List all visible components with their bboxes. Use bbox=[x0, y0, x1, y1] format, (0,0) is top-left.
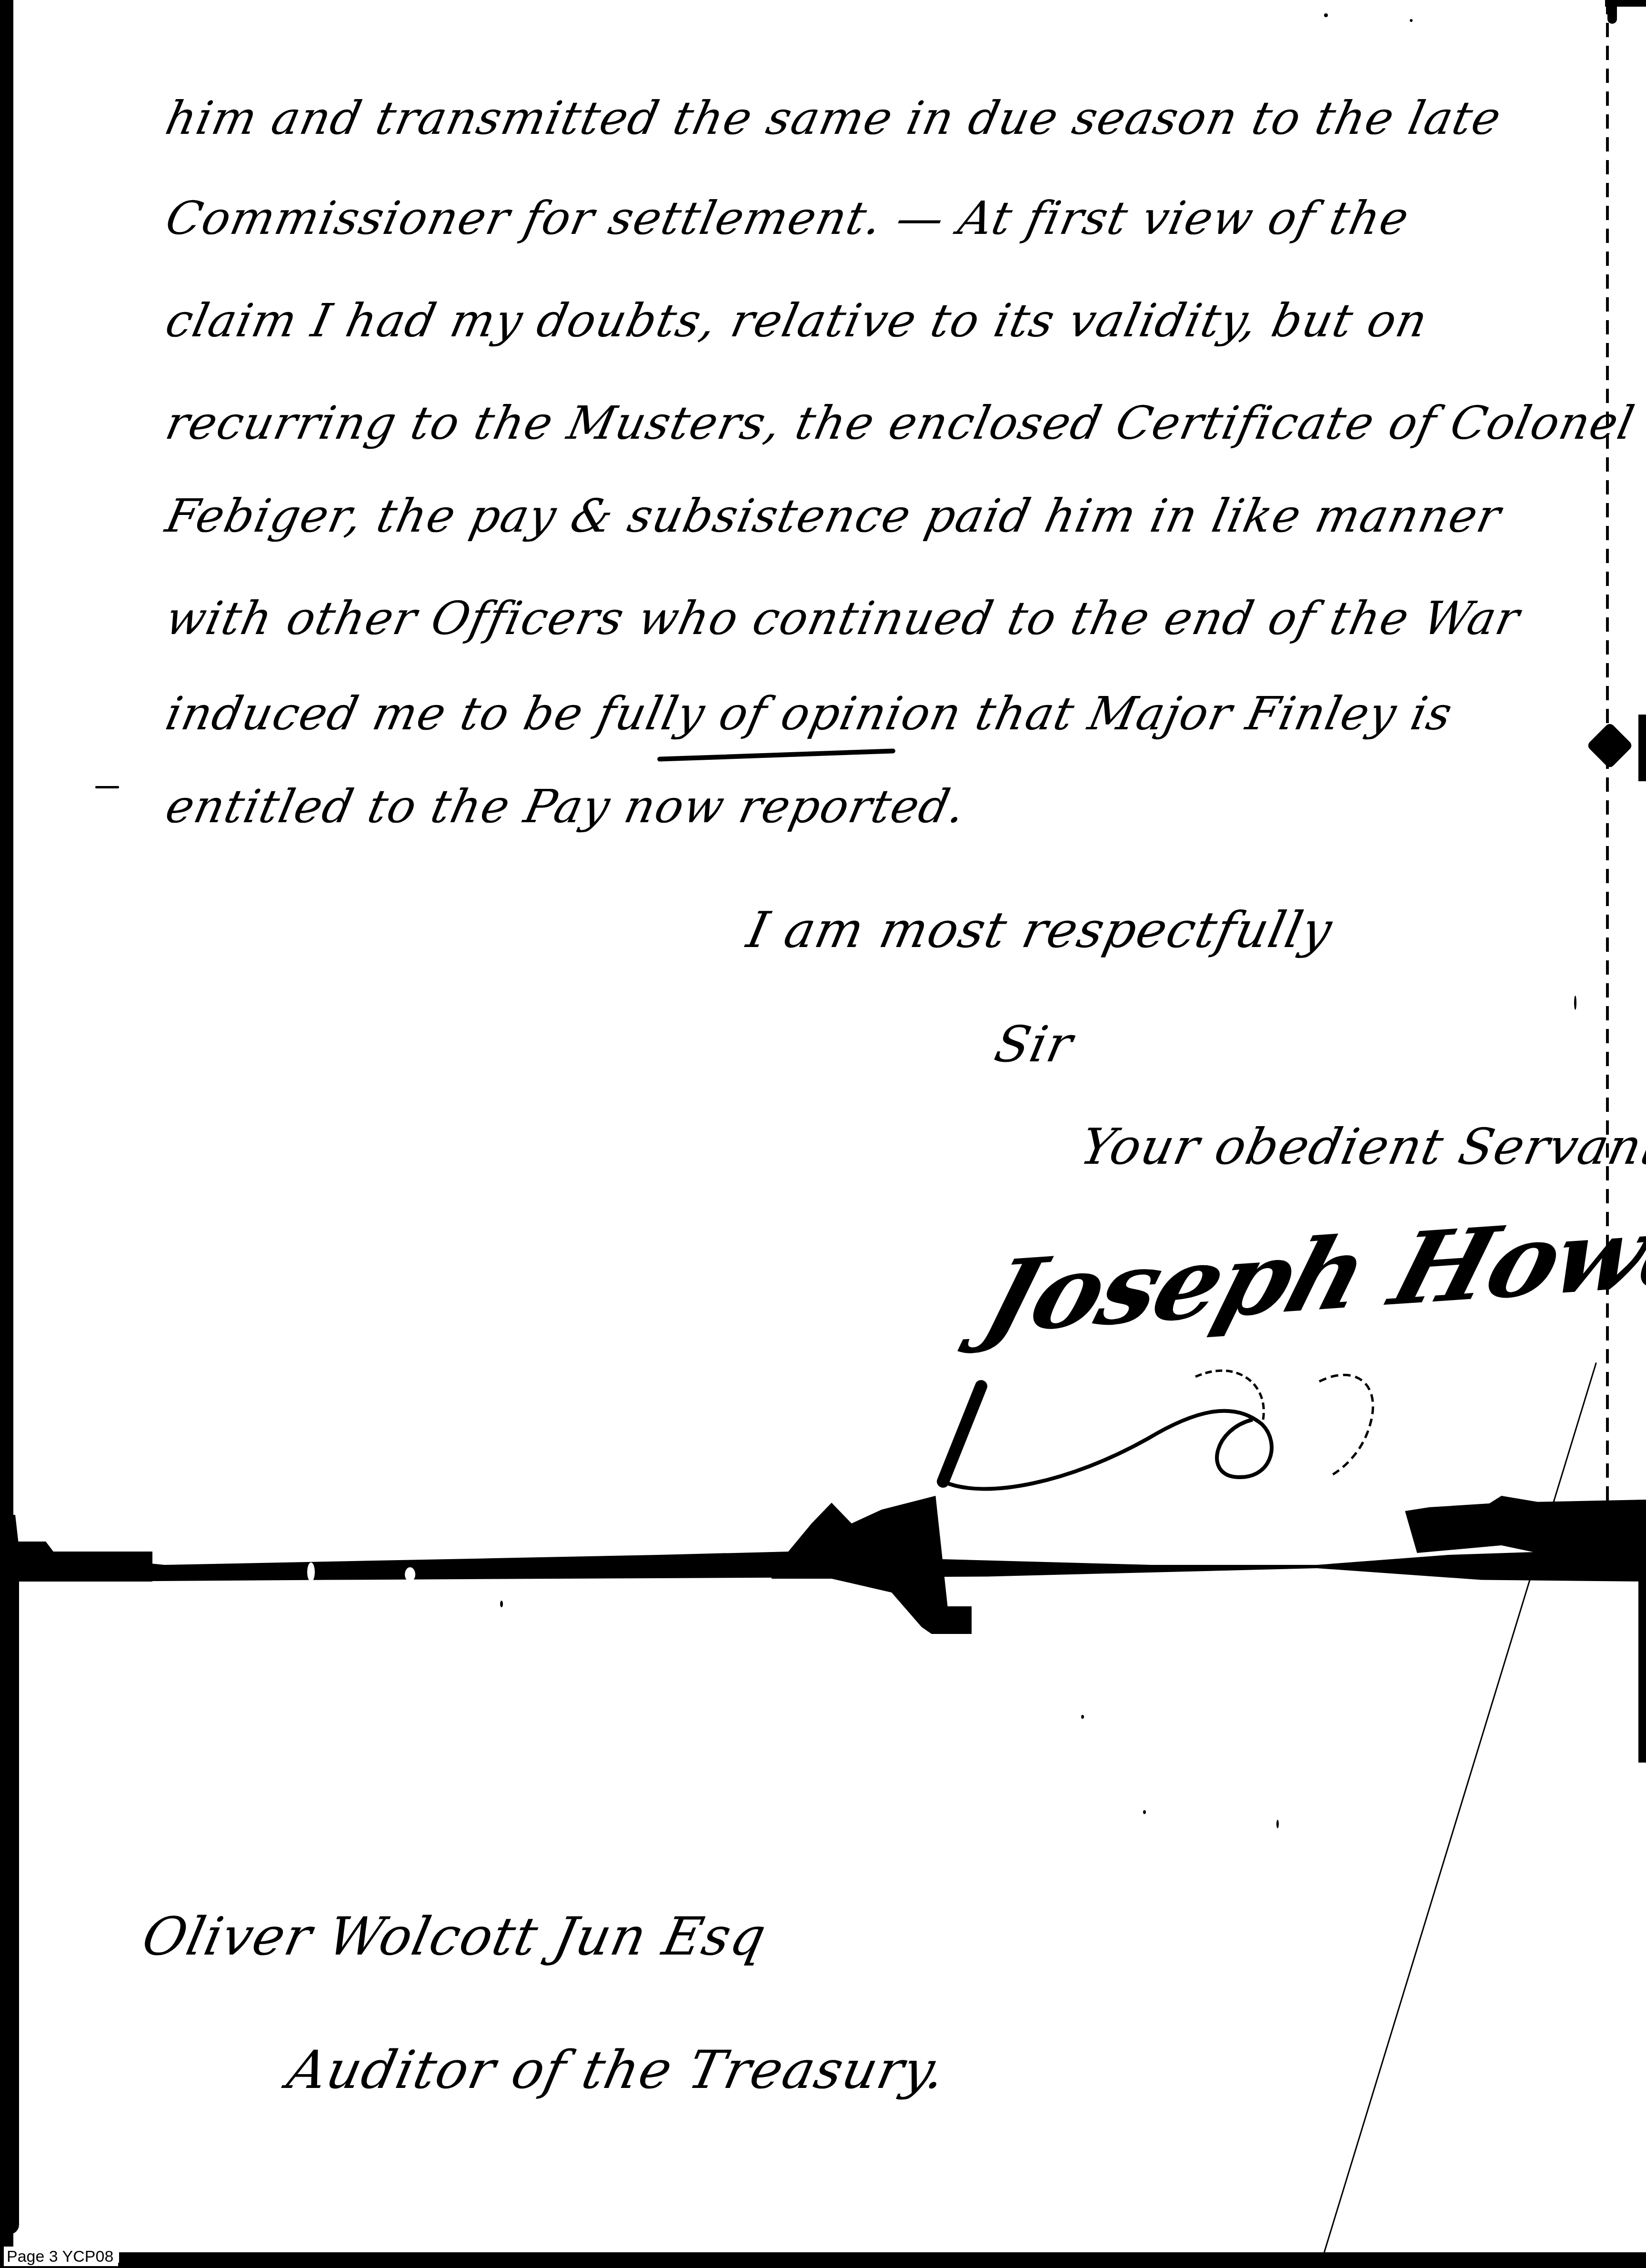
body-line-1: him and transmitted the same in due seas… bbox=[162, 95, 1505, 141]
body-line-7: induced me to be fully of opinion that M… bbox=[162, 691, 1456, 736]
fold-hole bbox=[405, 1567, 415, 1582]
ink-speck bbox=[1410, 19, 1413, 22]
fold-hole bbox=[307, 1562, 315, 1582]
page-label: Page 3 YCP08 bbox=[4, 2247, 118, 2266]
closing-line-2: Sir bbox=[991, 1019, 1077, 1069]
body-line-6: with other Officers who continued to the… bbox=[162, 595, 1524, 641]
right-edge-bar bbox=[1638, 715, 1646, 781]
signature-flourish-icon bbox=[929, 1358, 1500, 1501]
right-fold-edge bbox=[1606, 0, 1609, 1572]
margin-dash bbox=[95, 786, 119, 788]
ink-speck bbox=[1081, 1715, 1084, 1719]
body-line-8: entitled to the Pay now reported. bbox=[162, 784, 970, 829]
body-line-3: claim I had my doubts, relative to its v… bbox=[162, 298, 1432, 343]
bottom-scan-edge bbox=[0, 2263, 1646, 2268]
body-line-2: Commissioner for settlement. — At first … bbox=[162, 195, 1413, 241]
torn-fold-middle bbox=[772, 1496, 972, 1634]
body-line-4: recurring to the Musters, the enclosed C… bbox=[162, 400, 1639, 446]
ink-speck bbox=[1276, 1820, 1279, 1828]
address-line-1: Oliver Wolcott Jun Esq bbox=[138, 1910, 771, 1963]
ink-speck bbox=[1574, 996, 1576, 1010]
underline-of-opinion bbox=[657, 748, 895, 761]
signature: Joseph Howell bbox=[972, 1185, 1646, 1356]
ink-speck bbox=[500, 1601, 503, 1607]
address-line-2: Auditor of the Treasury. bbox=[283, 2044, 951, 2096]
ink-speck bbox=[1324, 13, 1328, 17]
top-right-ink-blob bbox=[1607, 0, 1617, 24]
ink-speck bbox=[6, 1348, 10, 1355]
ink-speck bbox=[1143, 1810, 1146, 1814]
letter-page: him and transmitted the same in due seas… bbox=[0, 0, 1646, 2268]
right-edge-fold-marker bbox=[1586, 722, 1634, 769]
closing-line-3: Your obedient Servant bbox=[1076, 1122, 1646, 1171]
left-scan-border-lower bbox=[0, 1567, 19, 2234]
body-line-5: Febiger, the pay & subsistence paid him … bbox=[162, 493, 1505, 539]
right-edge-bar-lower bbox=[1638, 1562, 1646, 1763]
closing-line-1: I am most respectfully bbox=[743, 905, 1337, 955]
